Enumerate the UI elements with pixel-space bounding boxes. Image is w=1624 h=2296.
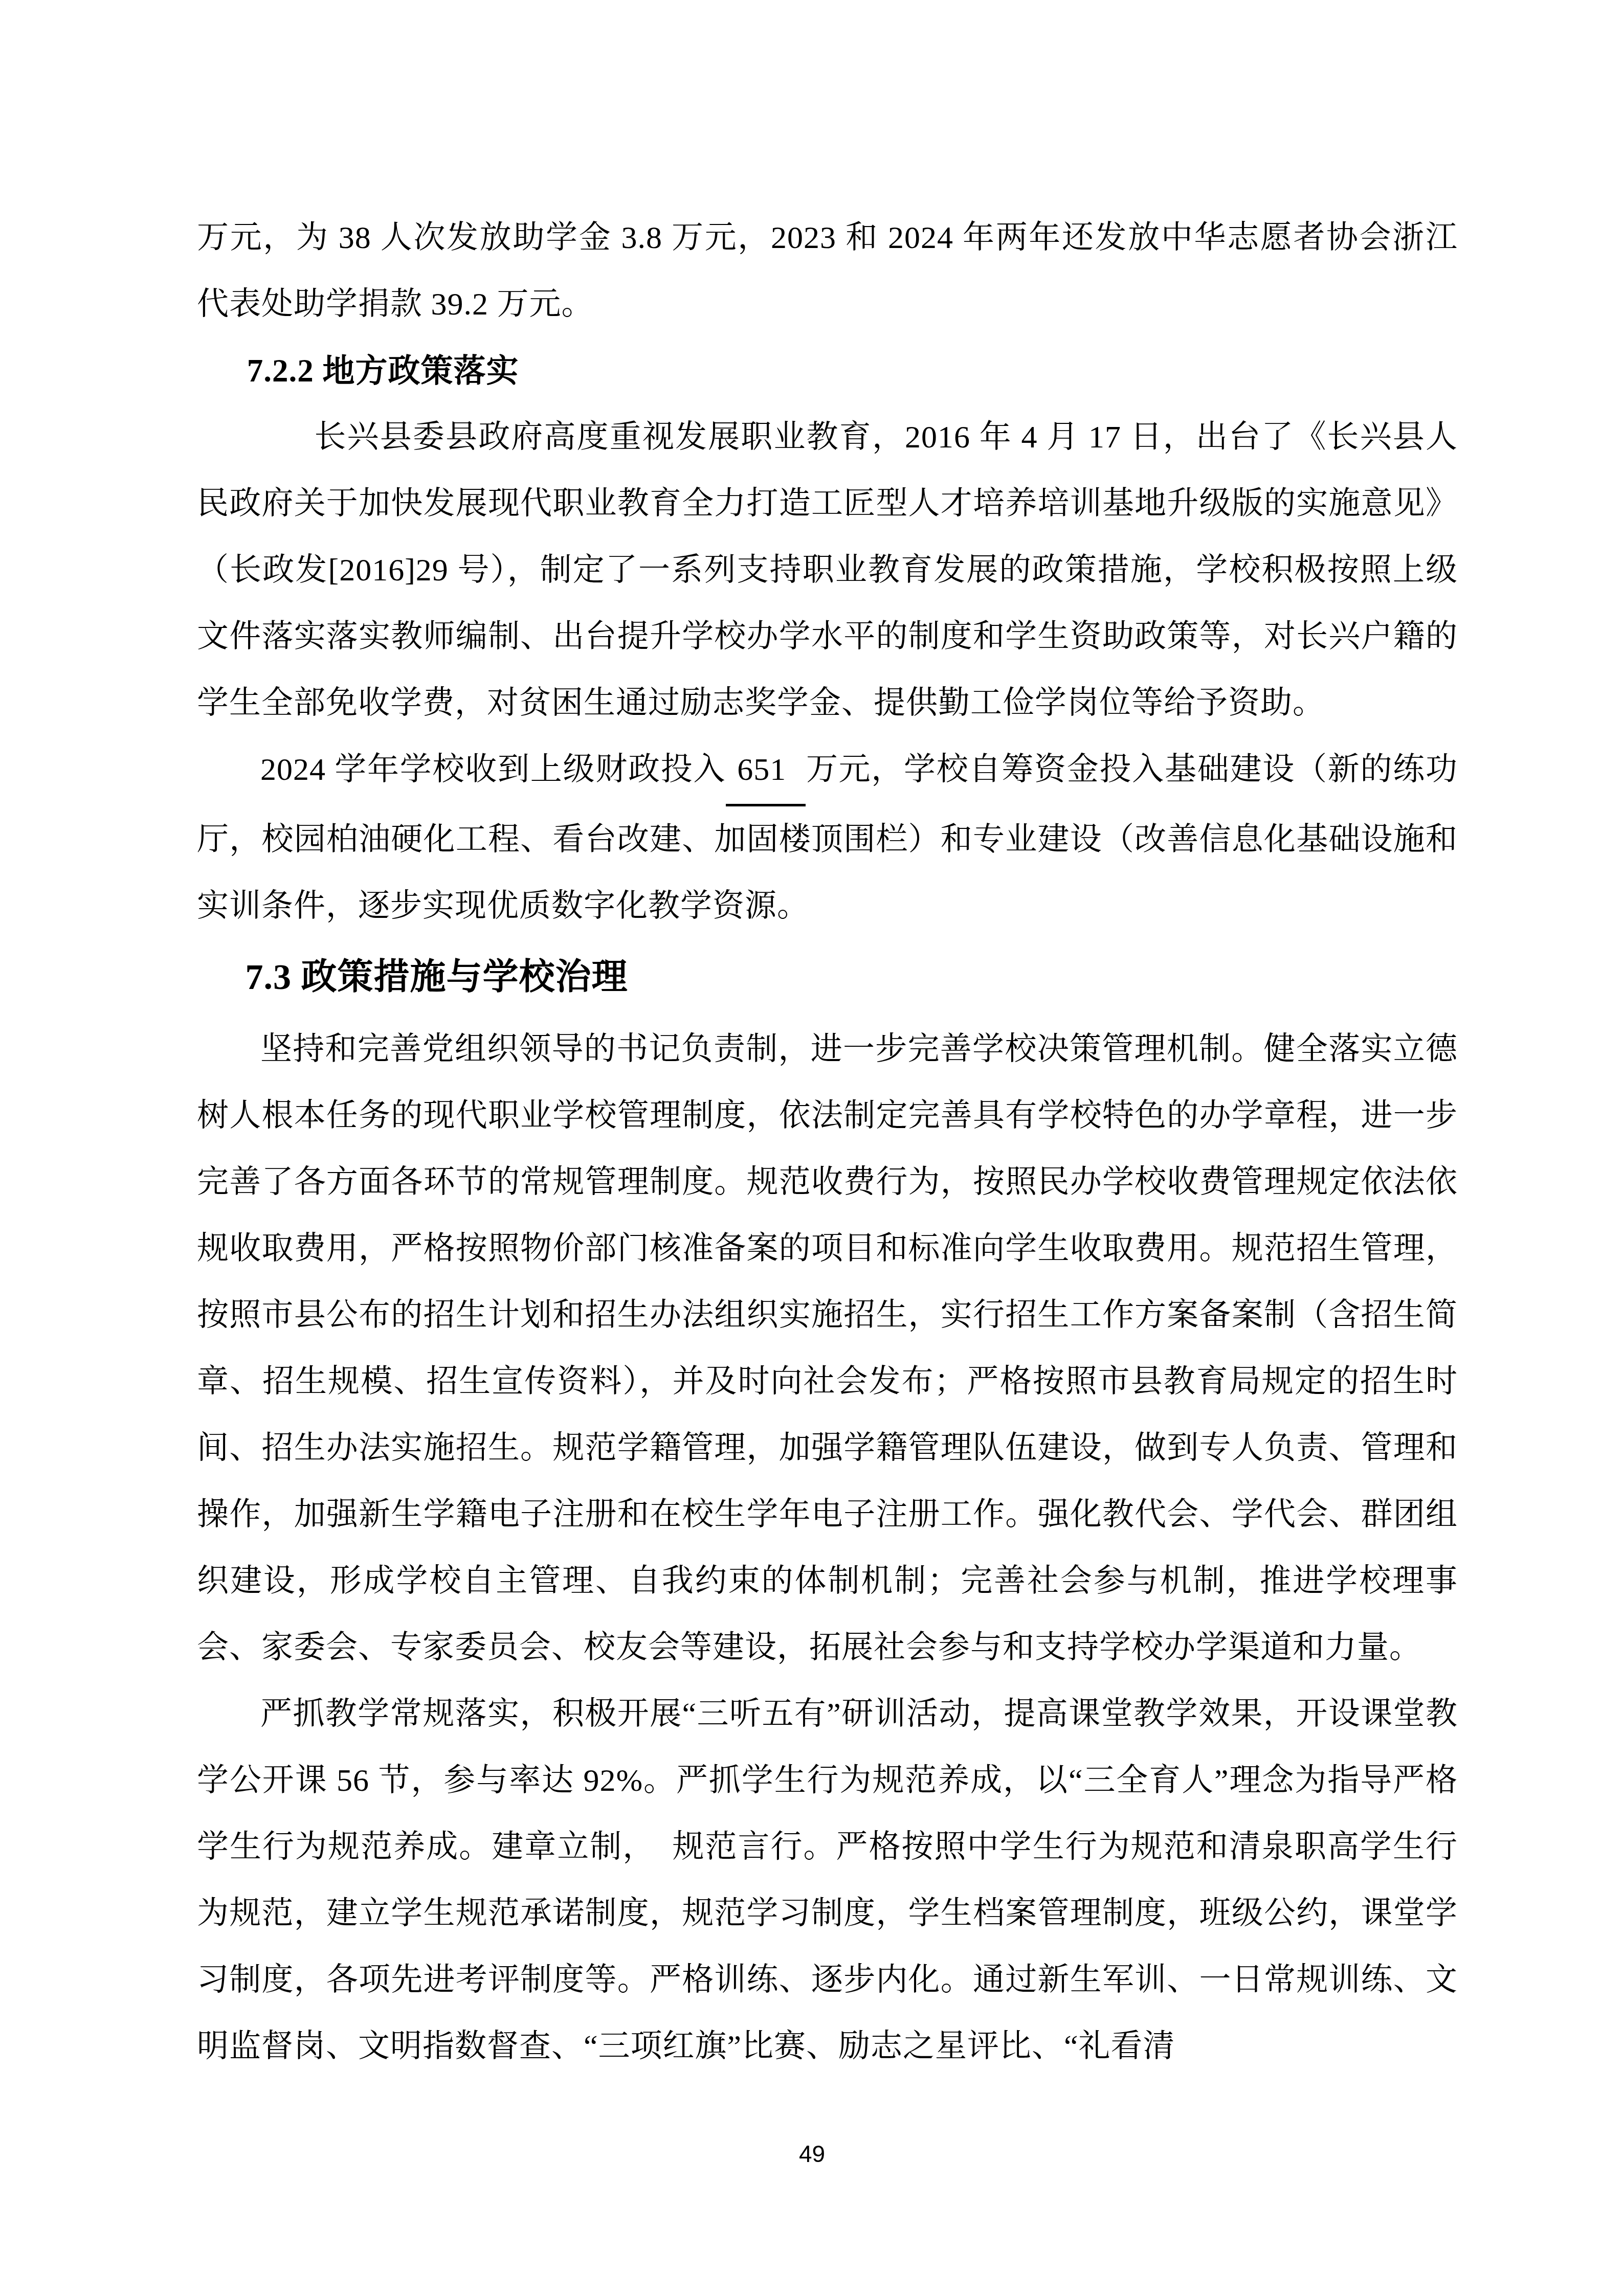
funding-pre-text: 2024 学年学校收到上级财政投入 [260, 752, 726, 787]
paragraph-teaching-routine: 严抓教学常规落实，积极开展“三听五有”研训活动，提高课堂教学效果，开设课堂教学公… [197, 1681, 1458, 2080]
funding-amount-underlined: 651 [726, 736, 806, 806]
paragraph-local-policy: 长兴县委县政府高度重视发展职业教育，2016 年 4 月 17 日，出台了《长兴… [197, 404, 1458, 736]
page-content: 万元，为 38 人次发放助学金 3.8 万元，2023 和 2024 年两年还发… [197, 205, 1458, 2080]
page-number: 49 [0, 2140, 1624, 2168]
paragraph-funding: 2024 学年学校收到上级财政投入651万元，学校自筹资金投入基础建设（新的练功… [197, 736, 1458, 939]
heading-7-2-2-local-policy: 7.2.2 地方政策落实 [197, 337, 1458, 404]
heading-7-3-policy-governance: 7.3 政策措施与学校治理 [197, 939, 1458, 1016]
document-page: 万元，为 38 人次发放助学金 3.8 万元，2023 和 2024 年两年还发… [0, 0, 1624, 2296]
paragraph-governance: 坚持和完善党组织领导的书记负责制，进一步完善学校决策管理机制。健全落实立德树人根… [197, 1016, 1458, 1681]
paragraph-scholarship-continuation: 万元，为 38 人次发放助学金 3.8 万元，2023 和 2024 年两年还发… [197, 205, 1458, 337]
